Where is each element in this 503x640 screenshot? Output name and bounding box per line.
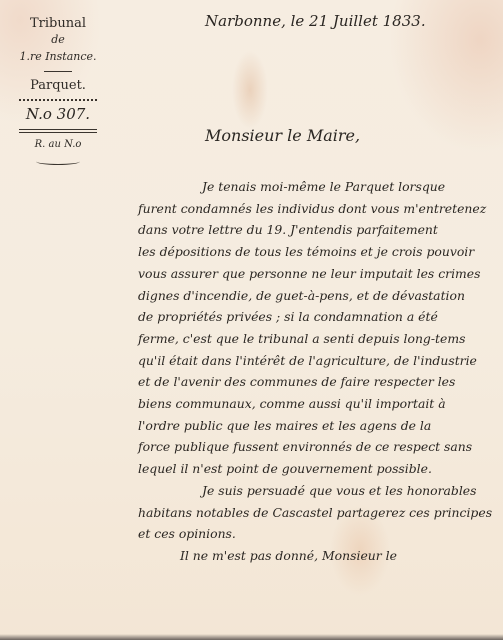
body-line: qu'il était dans l'intérêt de l'agricult… (138, 350, 498, 372)
double-rule (19, 129, 97, 133)
margin-header: Tribunal de 1.re Instance. Parquet. N.o … (18, 10, 98, 165)
tribunal-heading: Tribunal (18, 16, 98, 31)
body-line: force publique fussent environnés de ce … (138, 436, 498, 458)
body-line: ferme, c'est que le tribunal a senti dep… (138, 328, 498, 350)
flourish-ornament (36, 158, 80, 165)
case-number: N.o 307. (18, 105, 98, 123)
salutation: Monsieur le Maire, (205, 126, 360, 145)
body-line: l'ordre public que les maires et les age… (138, 415, 498, 437)
body-line: de propriétés privées ; si la condamnati… (138, 306, 498, 328)
reply-reference: R. au N.o (18, 139, 98, 150)
body-line: dignes d'incendie, de guet-à-pens, et de… (138, 285, 498, 307)
body-line: biens communaux, comme aussi qu'il impor… (138, 393, 498, 415)
parquet-label: Parquet. (18, 78, 98, 93)
body-line: les dépositions de tous les témoins et j… (138, 241, 498, 263)
body-line: vous assurer que personne ne leur imputa… (138, 263, 498, 285)
body-line: dans votre lettre du 19. J'entendis parf… (138, 219, 498, 241)
letter-body: Je tenais moi-même le Parquet lorsque fu… (138, 176, 498, 567)
body-line: habitans notables de Cascastel partagere… (138, 502, 498, 524)
date-line: Narbonne, le 21 Juillet 1833. (205, 12, 426, 30)
divider (44, 71, 72, 72)
dotted-divider (19, 99, 97, 101)
body-line: et ces opinions. (138, 523, 498, 545)
letter-paper: Tribunal de 1.re Instance. Parquet. N.o … (0, 0, 503, 640)
instance-label: 1.re Instance. (18, 50, 98, 63)
tribunal-de: de (18, 33, 98, 46)
body-line: Je tenais moi-même le Parquet lorsque (138, 176, 498, 198)
body-line: Je suis persuadé que vous et les honorab… (138, 480, 498, 502)
body-line: lequel il n'est point de gouvernement po… (138, 458, 498, 480)
body-line: et de l'avenir des communes de faire res… (138, 371, 498, 393)
body-line: furent condamnés les individus dont vous… (138, 198, 498, 220)
body-line: Il ne m'est pas donné, Monsieur le (138, 545, 498, 567)
